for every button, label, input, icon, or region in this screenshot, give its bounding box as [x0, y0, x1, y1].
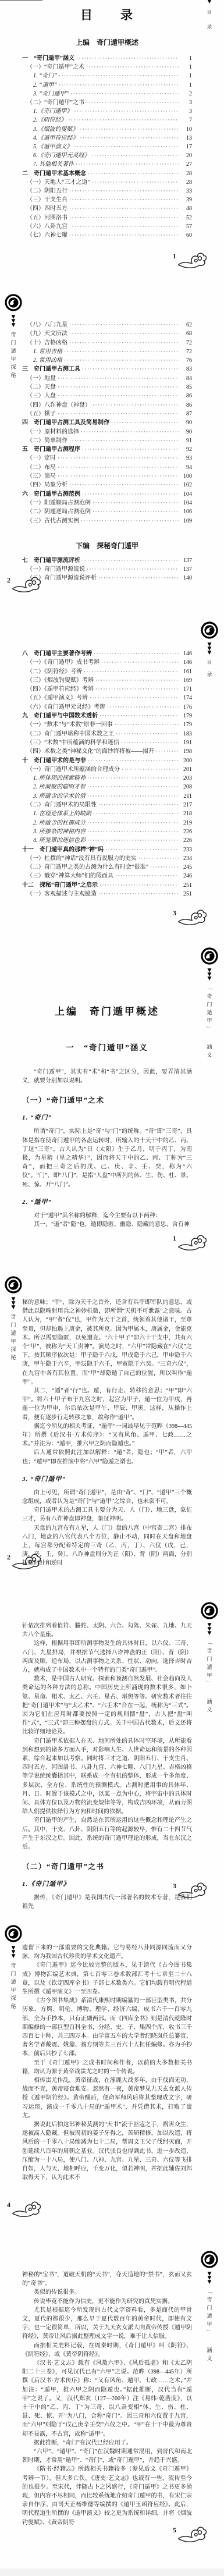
toc-entry: （二）简单制作 91	[22, 436, 192, 445]
toc-entry-page-number: 52	[180, 214, 192, 222]
margin-vertical-label: 奇门遁甲探秘	[10, 332, 17, 381]
toc-dot-leader	[76, 160, 179, 169]
toc-entry-label: 二 奇门遁甲术基本概念	[22, 169, 86, 178]
toc-entry-label: （一）《奇门遁甲》成书考辨	[27, 659, 99, 667]
toc-entry-label: 3.《烟波钓叟赋》	[33, 125, 79, 134]
toc-entry-page-number: 3	[180, 107, 192, 116]
toc-entry-label: 七 奇门遁甲源流评析	[22, 557, 80, 565]
toc-entry-label: （三）人盘	[27, 392, 56, 400]
margin-vertical-label: 目录	[206, 9, 214, 38]
toc-entry-label: （十）吉格凶格	[27, 339, 67, 347]
toc-entry-page-number: 233	[180, 846, 192, 854]
page-text-column: 秘的意味；“甲”，除为天干之首外，还含有兵甲即军队的意思，或借此以隐喻射用兵之神…	[0, 1260, 224, 1568]
toc-entry: 七 奇门遁甲源流评析 137	[22, 556, 192, 565]
toc-entry-page-number: 191	[180, 739, 192, 747]
book-page: 上编 奇门遁甲概述一 “奇门遁甲”涵义“奇门遁甲”，其实有“术”和“书”之区分，…	[0, 931, 224, 1260]
toc-entry: （一）定时 93	[22, 454, 192, 463]
toc-entry-label: （一）“奇门遁甲”之术	[27, 63, 84, 72]
toc-dot-leader	[69, 231, 179, 240]
toc-entry-label: （四）局象分析	[27, 481, 67, 489]
toc-entry-page-number: 217	[180, 801, 192, 809]
cloud-swirl-icon	[177, 2525, 207, 2543]
cloud-ornament: 1	[173, 251, 207, 269]
paragraph: 尤其是根据迄今所发现的古代文字资料看，多是商代的甲骨文，夏代的都很少，那么早于夏…	[22, 2306, 192, 2342]
toc-entry: （六）八卦九宫 57	[22, 222, 192, 231]
scan-edge-artifact	[0, 0, 42, 1]
paragraph: 针依次排列着值符、螣蛇、太阴、六合、勾陈、朱雀、九地、九天共八个星座。	[22, 1622, 192, 1639]
toc-entry-page-number: 28	[180, 178, 192, 187]
paragraph: 数术，是中国古人研究、探索和预测自然发展、社会趋向及人类命运的各种方法的总称。中…	[22, 1675, 192, 1736]
toc-dot-leader	[92, 151, 179, 160]
toc-dot-leader	[93, 499, 179, 507]
toc-dot-leader	[87, 565, 179, 573]
toc-entry-label: 十一 奇门遁甲真的那样“神”吗	[22, 846, 104, 854]
toc-entry-page-number: 39	[180, 196, 192, 204]
toc-dot-leader	[92, 178, 179, 187]
toc-entry-label: 十 奇门遁甲术的是与非	[22, 757, 86, 765]
toc-entry-page-number: 104	[180, 491, 192, 499]
toc-dot-leader	[64, 347, 179, 356]
paragraph: 所谓“奇门”，实际上是“奇”与“门”的统称。“奇”即“三奇”，具体是指在使奇门遁…	[22, 1127, 192, 1189]
toc-entry: 2.《阴符经》 7	[22, 116, 192, 125]
paragraph: 奇门遁甲术依据人在天、地间所处的具体时空环境，从所能看到和想到的诸多方面入手，对…	[22, 1737, 192, 1817]
publisher-seal-icon	[201, 2251, 218, 2268]
toc-dot-leader	[84, 667, 179, 676]
toc-entry-label: （一）原材料的选择	[27, 428, 79, 436]
toc-entry: （四）局象分析 102	[22, 481, 192, 489]
toc-entry: 1. 在理论体系上的缺陷 218	[22, 809, 192, 818]
paragraph: “奇门遁甲”，其实有“术”和“书”之区分，因此，要弄清其涵义，就要分别加以说明。	[22, 1068, 192, 1085]
toc-entry: （一）“奇门遁甲”之术 1	[22, 63, 192, 72]
paragraph: 传说毕竟不能作为信史，更不能作为研究的真凭实据。	[22, 2297, 192, 2306]
toc-list: 七 奇门遁甲源流评析 137 （一）奇门遁甲源流说 137 （二）奇门遁甲源流说…	[22, 556, 192, 583]
toc-entry-page-number: 174	[180, 694, 192, 702]
toc-entry: （一）奇门遁甲术所蕴涵的合理成分 201	[22, 765, 192, 774]
toc-dot-leader	[99, 712, 179, 720]
toc-entry-label: 5.《遁甲演义》	[33, 143, 73, 151]
toc-entry-page-number: 76	[180, 357, 192, 365]
paragraph: 其二，“遁”者“行”也。遁，有行走、转移的意思；“甲”即“六甲”。将六十甲子布于…	[22, 1387, 192, 1422]
toc-entry-label: 四 奇门遁甲占测工具及简易制作	[22, 419, 109, 427]
page-number: 1	[173, 252, 176, 261]
toc-dot-leader	[59, 81, 179, 90]
toc-entry: 4. 所笼罩的迷信色彩 226	[22, 836, 192, 845]
page-margin: ▼▼▼ 奇门遁甲探秘	[1, 1276, 26, 1363]
toc-dot-leader	[69, 436, 179, 445]
toc-dot-leader	[116, 730, 179, 738]
toc-entry-page-number: 28	[180, 169, 192, 178]
section-heading: （二）“奇门遁甲”之书	[22, 1861, 192, 1871]
page-text-column: （八）八门九星 62 （九）天文历法 68 （十）吉格凶格 72 1. 常用吉格…	[0, 294, 224, 583]
toc-entry: 3. “奇门遁甲” 2	[22, 90, 192, 98]
toc-dot-leader	[87, 819, 179, 827]
toc-entry-label: （二）阴遁逆局占测范例	[27, 508, 91, 516]
toc-entry: （八）八门九星 62	[22, 321, 192, 329]
toc-entry-page-number: 137	[180, 557, 192, 565]
toc-dot-leader	[70, 90, 179, 98]
toc-entry: （二）《阴符经》考辨 161	[22, 667, 192, 676]
toc-entry-label: 1. “奇门”	[33, 72, 57, 80]
paragraph: 其一，“遁”者“隐”也，遁即隐匿、幽隐、隐藏的意思，含有神	[22, 1220, 192, 1229]
toc-entry-label: 1. 常用吉格	[33, 348, 62, 356]
toc-dot-leader	[69, 214, 179, 222]
margin-vertical-label: 「奇门遁甲」	[206, 985, 214, 1034]
paragraph: 据迄今所见的相关考证，“遁甲”一词最早见于范晔（398—445年）所撰《后汉书·…	[22, 1422, 192, 1449]
toc-dot-leader	[58, 410, 179, 418]
toc-entry-label: （八）八门九星	[27, 321, 67, 329]
toc-entry-page-number: 102	[180, 481, 192, 489]
toc-entry-page-number: 226	[180, 837, 192, 845]
toc-title: 目 录	[22, 6, 192, 23]
toc-dot-leader	[69, 222, 179, 231]
toc-entry-label: （七）六神七曜	[27, 231, 67, 240]
toc-entry-label: 五 奇门遁甲占测程序	[22, 446, 80, 454]
toc-dot-leader	[87, 836, 179, 844]
toc-entry: 十 奇门遁甲术的是与非 200	[22, 756, 192, 765]
toc-dot-leader	[82, 445, 179, 453]
toc-dot-leader	[105, 845, 179, 854]
toc-entry-label: 十二 探秘“奇门遁甲”之启示	[22, 882, 98, 890]
paragraph: 对于“遁甲”其名称的解释，迄今主要有以下两种：	[22, 1211, 192, 1220]
toc-entry: （四）术数之类“神秘文化”的面纱终将被——揭开 198	[22, 747, 192, 756]
toc-entry: （一）阳遁顺局占测范例 104	[22, 499, 192, 507]
toc-dot-leader	[98, 801, 179, 809]
paragraph: 后人通常依照此注加以解释：“遁”者，隐也；“甲”者，六甲也；“遁甲”即在推演中将…	[22, 1448, 192, 1466]
paragraph: 据此推断，“奇门”在汉代已经应用了。	[22, 2439, 192, 2447]
publisher-seal-icon	[5, 294, 22, 311]
part-header: 上编 奇门遁甲概述	[22, 37, 192, 47]
paragraph: 至于《奇门遁甲》之成书时间和作者，以前的大多数相关书籍，均认为源于黄帝战蚩尤之时…	[22, 2059, 192, 2076]
paragraph: 遗留下来的一部重要的文化典籍。它与易经八卦同源同流而又分脉，均为我国古代珍贵的学…	[22, 1943, 192, 1961]
book-page: （八）八门九星 62 （九）天文历法 68 （十）吉格凶格 72 1. 常用吉格…	[0, 294, 224, 605]
toc-entry: （一）原材料的选择 90	[22, 428, 192, 436]
toc-entry-label: 4.《遁甲符应经》	[33, 134, 79, 143]
toc-entry-page-number: 211	[180, 793, 192, 801]
triangle-markers-icon: ▼▼▼	[12, 315, 16, 328]
toc-entry: （二）天盘 85	[22, 383, 192, 392]
book-page: 针依次排列着值符、螣蛇、太阴、六合、勾陈、朱雀、九地、九天共八个星座。这样，根据…	[0, 1586, 224, 1909]
toc-entry-label: 1. 所体现的探索精神	[33, 774, 86, 783]
page-number: 3	[173, 909, 176, 918]
toc-entry-label: （三）“术数”中所蕴涵的科学和迷信	[27, 739, 119, 747]
sub-heading: 3. “奇门遁甲”	[22, 1474, 192, 1483]
toc-dot-leader	[90, 694, 179, 702]
toc-entry-page-number: 60	[180, 231, 192, 240]
toc-entry-label: 2. 常用凶格	[33, 357, 62, 365]
paragraph: 而据相关史料记载，在周秦时期，《奇门遁甲》叫《阴符》、《阴符经》，或《黄帝阴符经…	[22, 2342, 192, 2359]
toc-entry: （二）奇门遁甲堪称中国术数之王 183	[22, 730, 192, 738]
toc-entry: 十一 奇门遁甲真的那样“神”吗 233	[22, 845, 192, 854]
toc-entry-page-number: 2	[180, 90, 192, 98]
book-page: 秘的意味；“甲”，除为天干之首外，还含有兵甲即军队的意思，或借此以隐喻射用兵之神…	[0, 1260, 224, 1586]
toc-entry: （三）《烟波钓叟赋》考辨 169	[22, 676, 192, 685]
toc-list: 八 奇门遁甲主要著作考辨 146 （一）《奇门遁甲》成书考辨 146 （二）《阴…	[22, 649, 192, 898]
margin-vertical-sublabel: 涵义	[206, 1699, 214, 1715]
page-margin: ▼▼▼ 「奇门遁甲」 涵义	[197, 1602, 222, 1715]
toc-entry: （四）《遁甲符应经》考辨 171	[22, 685, 192, 694]
toc-entry: 1. “奇门” 1	[22, 72, 192, 80]
toc-entry-label: （二）布局	[27, 464, 56, 472]
toc-dot-leader	[82, 490, 179, 498]
toc-dot-leader	[69, 196, 179, 204]
page-number: 1	[173, 1234, 176, 1243]
toc-entry-label: （一）客观描述与主观臆造	[27, 890, 97, 898]
cloud-swirl-icon	[177, 251, 207, 269]
toc-entry-page-number: 92	[180, 446, 192, 454]
toc-entry-label: （五）棋子	[27, 410, 56, 418]
toc-entry: 八 奇门遁甲主要著作考辨 146	[22, 649, 192, 658]
toc-entry-page-number: 106	[180, 508, 192, 516]
toc-entry-page-number: 48	[180, 204, 192, 213]
toc-entry-page-number: 183	[180, 730, 192, 738]
toc-dot-leader	[115, 872, 179, 880]
toc-entry-page-number: 87	[180, 410, 192, 418]
page-number: 4	[7, 2201, 10, 2209]
toc-dot-leader	[69, 481, 179, 489]
toc-dot-leader	[122, 765, 179, 773]
toc-entry-page-number: 1	[180, 72, 192, 80]
publisher-seal-icon	[201, 947, 218, 965]
toc-dot-leader	[88, 756, 179, 765]
toc-entry-page-number: 161	[180, 668, 192, 676]
toc-entry-page-number: 179	[180, 712, 192, 720]
paragraph: 类似的传说很多。	[22, 2288, 192, 2297]
toc-entry: 1. 常用吉格 72	[22, 347, 192, 356]
toc-entry: 3. 所蕴含的学术价值 211	[22, 792, 192, 801]
toc-entry: 十二 探秘“奇门遁甲”之启示 251	[22, 881, 192, 890]
paragraph: 奇门遁甲的产生，自然是在其所运用的这些概念和理论产生之后。其中，干支、八卦、阴阳…	[22, 1816, 192, 1852]
cloud-swirl-icon	[12, 2200, 41, 2218]
toc-entry: （五）河图洛书 52	[22, 214, 192, 222]
margin-vertical-label: 奇门遁甲探秘	[10, 1314, 17, 1363]
toc-entry-label: 一 “奇门遁甲”涵义	[22, 54, 74, 63]
toc-dot-leader	[87, 827, 179, 836]
toc-entry-label: （二）奇门遁甲术的局限性	[27, 801, 97, 809]
publisher-seal-icon	[5, 1276, 22, 1294]
toc-dot-leader	[101, 658, 179, 666]
toc-entry-label: （六）《奇门遁甲元灵经》考辨	[27, 703, 105, 712]
toc-entry-label: （二）奇门遁甲堪称中国术数之王	[27, 730, 114, 738]
cloud-ornament: 5	[173, 2525, 207, 2543]
toc-entry-page-number: 90	[180, 419, 192, 427]
cloud-ornament: 1	[173, 1233, 207, 1252]
toc-entry-page-number: 251	[180, 882, 192, 890]
book-page: 八 奇门遁甲主要著作考辨 146 （一）《奇门遁甲》成书考辨 146 （二）《阴…	[0, 605, 224, 931]
triangle-markers-icon: ▼▼▼	[208, 643, 212, 655]
toc-entry-label: （二）阴阳五行	[27, 187, 67, 196]
toc-entry: （三）干支生肖 39	[22, 196, 192, 204]
toc-entry-page-number: 3	[180, 98, 192, 107]
toc-dot-leader	[98, 890, 179, 898]
toc-entry-page-number: 83	[180, 365, 192, 374]
toc-entry: （三）人盘 86	[22, 392, 192, 400]
toc-dot-leader	[69, 339, 179, 347]
toc-entry-label: （一）奇门遁甲源流说	[27, 566, 85, 574]
toc-entry-page-number: 171	[180, 685, 192, 694]
toc-entry-label: （三）演局	[27, 472, 56, 481]
margin-vertical-label: 「奇门遁甲」	[206, 1640, 214, 1689]
part-title: 上编 奇门遁甲概述	[22, 1003, 192, 1018]
toc-entry-page-number: 218	[180, 810, 192, 818]
paragraph: 《汉书·艺文志》载有《风敖六甲》、《风后孤虚》和《太乙阴阳二十三卷》，可见汉代已…	[22, 2359, 192, 2439]
toc-entry: （一）天地人“三才之道” 28	[22, 178, 192, 187]
toc-entry-label: 3. 所蕴含的学术价值	[33, 793, 86, 801]
page-number: 5	[173, 2526, 176, 2535]
toc-dot-leader	[115, 720, 179, 729]
book-page: 遗留下来的一部重要的文化典籍。它与易经八卦同源同流而又分脉，均为我国古代珍贵的学…	[0, 1909, 224, 2234]
toc-dot-leader	[69, 116, 179, 125]
toc-entry: 2. 常用凶格 76	[22, 356, 192, 365]
page-margin: ▼▼▼ 目录	[197, 621, 222, 684]
page-number: 3	[173, 1882, 176, 1891]
toc-entry-page-number: 72	[180, 339, 192, 347]
toc-dot-leader	[69, 329, 179, 337]
toc-entry: 六 奇门遁甲占测范例 104	[22, 490, 192, 499]
toc-entry: （九）天文历法 68	[22, 329, 192, 338]
toc-entry-label: （四）八诈神盘（神盘）	[27, 401, 91, 410]
cloud-ornament: 3	[173, 1881, 207, 1899]
toc-entry-page-number: 146	[180, 650, 192, 658]
toc-dot-leader	[95, 676, 179, 684]
toc-entry-page-number: 1	[180, 63, 192, 72]
section-heading: （一）“奇门遁甲”之术	[22, 1095, 192, 1105]
toc-entry: （三）戳穿“神算大师”们的假面具 246	[22, 872, 192, 880]
toc-entry-label: （一）“数术”与“术数”原非一回事	[27, 721, 113, 729]
triangle-markers-icon: ▼▼▼	[12, 1298, 16, 1310]
cloud-ornament: 2	[7, 1552, 41, 1571]
paragraph: 据说此后怕这部神秘莫测的“天书”流于匪寇之手，祸害众生，遂被高人隐藏。但被周初的…	[22, 2120, 192, 2182]
paragraph: 由上可见，所谓“奇门遁甲”，是由“奇”、“门”、“遁甲”三个概念组成，或者认为是…	[22, 1488, 192, 1506]
toc-entry-page-number: 1	[180, 54, 192, 63]
page-number: 2	[7, 1553, 10, 1562]
toc-entry-label: 2. “遁甲”	[33, 81, 57, 90]
toc-entry: 二 奇门遁甲术基本概念 28	[22, 169, 192, 178]
toc-entry-page-number: 234	[180, 855, 192, 863]
toc-dot-leader	[95, 685, 179, 693]
toc-entry-label: （九）天文历法	[27, 330, 67, 338]
toc-dot-leader	[93, 401, 179, 409]
toc-entry-page-number: 245	[180, 864, 192, 872]
toc-entry-label: 6.《奇门遁甲元灵经》	[33, 151, 90, 160]
toc-entry-label: （二）简单制作	[27, 437, 67, 445]
toc-entry: 6.《奇门遁甲元灵经》 20	[22, 151, 192, 160]
toc-dot-leader	[58, 463, 179, 471]
cloud-ornament: 2	[7, 575, 41, 594]
toc-entry: （二）奇门遁甲源流说评析 140	[22, 574, 192, 582]
paragraph: 这样，根据用事即所测事物发生的具体时日，以六仪、三奇、八门、九星排局，并根据节气…	[22, 1639, 192, 1675]
margin-vertical-label: 目录	[206, 659, 214, 684]
toc-dot-leader	[86, 98, 179, 107]
toc-entry-page-number: 20	[180, 151, 192, 160]
toc-entry: （二）奇门遁甲之类的占测为什么有时会“很准” 245	[22, 863, 192, 872]
part-header: 下编 探秘奇门遁甲	[22, 541, 192, 550]
toc-entry: （四）四时五方 48	[22, 204, 192, 213]
toc-entry: （一）客观描述与主观臆造 251	[22, 890, 192, 898]
toc-entry: （二）“奇门遁甲”之书 3	[22, 98, 192, 107]
toc-entry-label: 2. 所凝聚的聪明才智	[33, 783, 86, 791]
toc-entry: （二）阴阳五行 33	[22, 187, 192, 196]
toc-entry: （一）奇门遁甲源流说 137	[22, 565, 192, 574]
margin-vertical-label: 「奇门遁甲」	[206, 2289, 214, 2337]
toc-entry: 五 奇门遁甲占测程序 92	[22, 445, 192, 454]
paragraph: 《隋书·经籍志》所载相关书籍较多（参见后文《奇门遁甲》考辨一节），但大多亡佚。《…	[22, 2465, 192, 2527]
toc-entry-page-number: 57	[180, 222, 192, 231]
toc-entry: （二）奇门遁甲术的局限性 217	[22, 801, 192, 809]
toc-entry-page-number: 91	[180, 437, 192, 445]
toc-entry: 3. 所掺杂的神秘内容 226	[22, 827, 192, 836]
toc-entry-page-number: 104	[180, 499, 192, 507]
toc-entry: （一）《奇门遁甲》成书考辨 146	[22, 658, 192, 667]
page-margin: ▼▼▼ 奇门遁甲探秘	[1, 294, 26, 381]
scanned-book-scroll: 目 录上编 奇门遁甲概述 一 “奇门遁甲”涵义 1 （一）“奇门遁甲”之术 1 …	[0, 0, 224, 2576]
toc-entry-page-number: 72	[180, 348, 192, 356]
toc-entry-page-number: 246	[180, 872, 192, 880]
cloud-swirl-icon	[177, 1881, 207, 1899]
toc-entry: 一 “奇门遁甲”涵义 1	[22, 54, 192, 63]
toc-dot-leader	[81, 428, 179, 436]
toc-entry-page-number: 93	[180, 454, 192, 463]
toc-entry-page-number: 198	[180, 748, 192, 756]
cloud-swirl-icon	[12, 575, 41, 594]
page-text-column: 遗留下来的一部重要的文化典籍。它与易经八卦同源同流而又分脉，均为我国古代珍贵的学…	[0, 1909, 224, 2182]
toc-list: 一 “奇门遁甲”涵义 1 （一）“奇门遁甲”之术 1 1. “奇门” 1 2. …	[22, 54, 192, 240]
toc-entry: 3.《烟波钓叟赋》 10	[22, 125, 192, 134]
toc-entry: 7. 其他相关著作 27	[22, 160, 192, 169]
toc-entry-label: （三）《烟波钓叟赋》考辨	[27, 677, 94, 685]
page-text-column: 上编 奇门遁甲概述一 “奇门遁甲”涵义“奇门遁甲”，其实有“术”和“书”之区分，…	[0, 931, 224, 1229]
toc-entry: （四）八诈神盘（神盘） 86	[22, 401, 192, 410]
toc-entry: （十）吉格凶格 72	[22, 339, 192, 347]
toc-entry-page-number: 27	[180, 160, 192, 169]
toc-dot-leader	[69, 321, 179, 329]
toc-entry-page-number: 208	[180, 783, 192, 791]
toc-dot-leader	[81, 517, 179, 525]
triangle-markers-icon: ▼▼▼	[208, 969, 212, 981]
chapter-title: 一 “奇门遁甲”涵义	[22, 1041, 192, 1053]
margin-vertical-sublabel: 涵义	[206, 2347, 214, 2364]
toc-entry-page-number: 203	[180, 774, 192, 783]
toc-dot-leader	[69, 204, 179, 213]
toc-entry-page-number: 201	[180, 766, 192, 774]
toc-entry-label: （六）八卦九宫	[27, 222, 67, 231]
toc-entry-page-number: 179	[180, 721, 192, 729]
publisher-seal-icon	[201, 621, 218, 639]
toc-entry-page-number: 33	[180, 187, 192, 196]
toc-entry: （三）古代占测实例 109	[22, 517, 192, 525]
triangle-markers-icon: ▼▼▼	[12, 1946, 16, 1959]
toc-dot-leader	[80, 134, 179, 143]
toc-dot-leader	[58, 374, 179, 382]
toc-entry-label: 1.《奇门遁甲》	[33, 107, 73, 116]
sub-heading: 2. “遁甲”	[22, 1197, 192, 1206]
page-text-column: 针依次排列着值符、螣蛇、太阴、六合、勾陈、朱雀、九地、九天共八个星座。这样，根据…	[0, 1586, 224, 1909]
toc-dot-leader	[150, 863, 179, 871]
paragraph: 秘的意味；“甲”，除为天干之首外，还含有兵甲即军队的意思，或借此以隐喻射用兵之神…	[22, 1298, 192, 1387]
toc-entry: 四 奇门遁甲占测工具及简易制作 90	[22, 418, 192, 427]
toc-dot-leader	[93, 507, 179, 516]
toc-entry: 2. 所凝聚的聪明才智 208	[22, 783, 192, 791]
toc-dot-leader	[69, 187, 179, 196]
toc-entry: （七）六神七曜 60	[22, 231, 192, 240]
toc-dot-leader	[88, 169, 179, 178]
triangle-markers-icon: ▼▼▼	[208, 1623, 212, 1636]
toc-dot-leader	[138, 854, 179, 862]
toc-dot-leader	[93, 809, 179, 818]
toc-dot-leader	[64, 356, 179, 364]
toc-dot-leader	[107, 703, 179, 711]
page-margin: ▼▼▼ 奇门遁甲探秘	[1, 1925, 26, 2012]
toc-dot-leader	[99, 881, 179, 889]
